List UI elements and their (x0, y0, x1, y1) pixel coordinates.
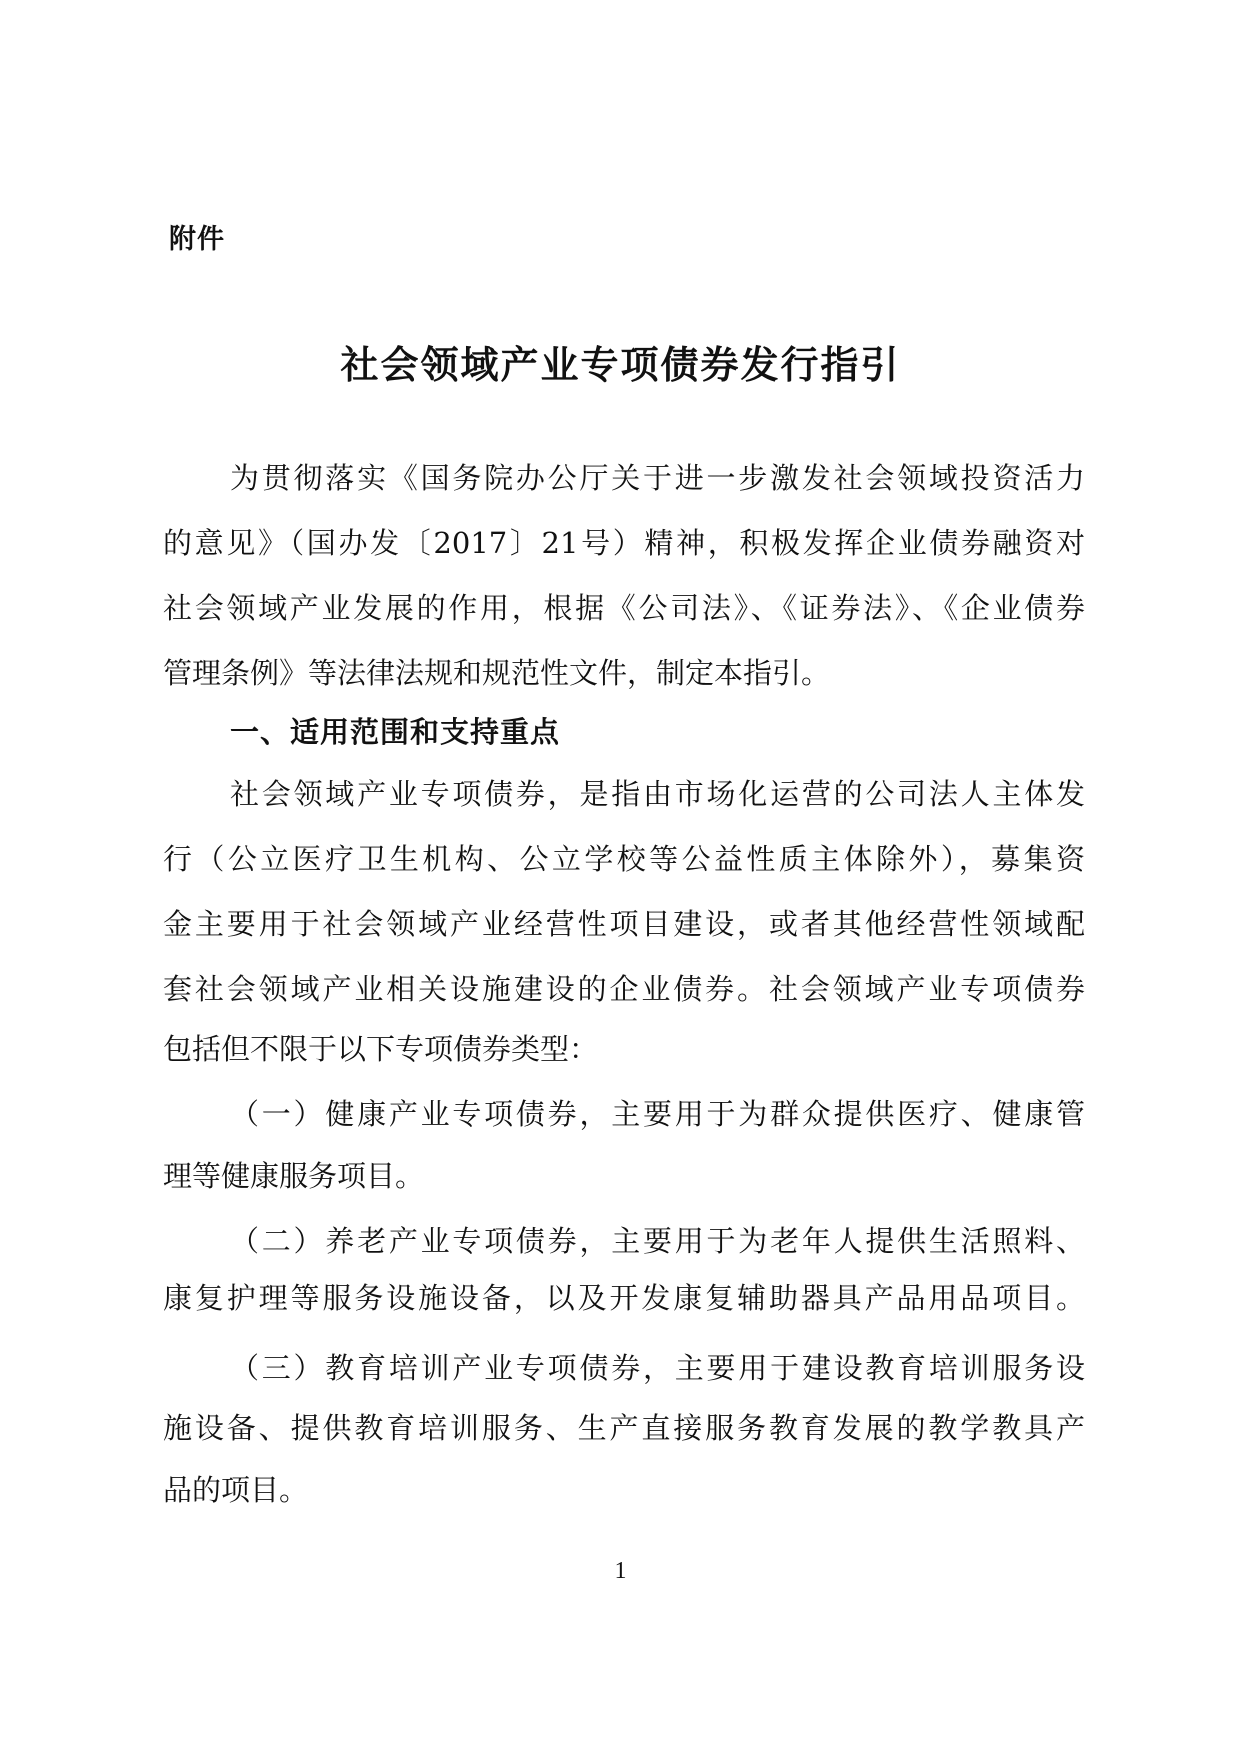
paragraph-line: 金主要用于社会领域产业经营性项目建设，或者其他经营性领域配 (163, 896, 1085, 952)
paragraph-line: 社会领域产业专项债券，是指由市场化运营的公司法人主体发 (230, 766, 1085, 822)
document-title: 社会领域产业专项债券发行指引 (0, 342, 1241, 388)
document-page: 附件 社会领域产业专项债券发行指引 为贯彻落实《国务院办公厅关于进一步激发社会领… (0, 0, 1241, 1754)
paragraph-line: 为贯彻落实《国务院办公厅关于进一步激发社会领域投资活力 (230, 450, 1085, 506)
section-heading: 一、适用范围和支持重点 (230, 704, 560, 760)
paragraph-line: 理等健康服务项目。 (163, 1148, 1085, 1204)
paragraph-line: 管理条例》等法律法规和规范性文件，制定本指引。 (163, 645, 1085, 701)
paragraph-line: 套社会领域产业相关设施建设的企业债券。社会领域产业专项债券 (163, 961, 1085, 1017)
paragraph-line: 施设备、提供教育培训服务、生产直接服务教育发展的教学教具产 (163, 1400, 1085, 1456)
paragraph-line: （三）教育培训产业专项债券，主要用于建设教育培训服务设 (230, 1340, 1085, 1396)
paragraph-line: 品的项目。 (163, 1462, 1085, 1518)
paragraph-line: 社会领域产业发展的作用，根据《公司法》、《证券法》、《企业债券 (163, 580, 1085, 636)
paragraph-line: （一）健康产业专项债券，主要用于为群众提供医疗、健康管 (230, 1086, 1085, 1142)
page-number: 1 (0, 1556, 1241, 1586)
paragraph-line: 行（公立医疗卫生机构、公立学校等公益性质主体除外），募集资 (163, 831, 1085, 887)
paragraph-line: （二）养老产业专项债券，主要用于为老年人提供生活照料、 (230, 1213, 1085, 1269)
paragraph-line: 包括但不限于以下专项债券类型： (163, 1021, 1085, 1077)
paragraph-line: 的意见》（国办发〔2017〕21号）精神，积极发挥企业债券融资对 (163, 515, 1085, 571)
paragraph-line: 康复护理等服务设施设备，以及开发康复辅助器具产品用品项目。 (163, 1270, 1085, 1326)
attachment-label: 附件 (169, 224, 225, 256)
